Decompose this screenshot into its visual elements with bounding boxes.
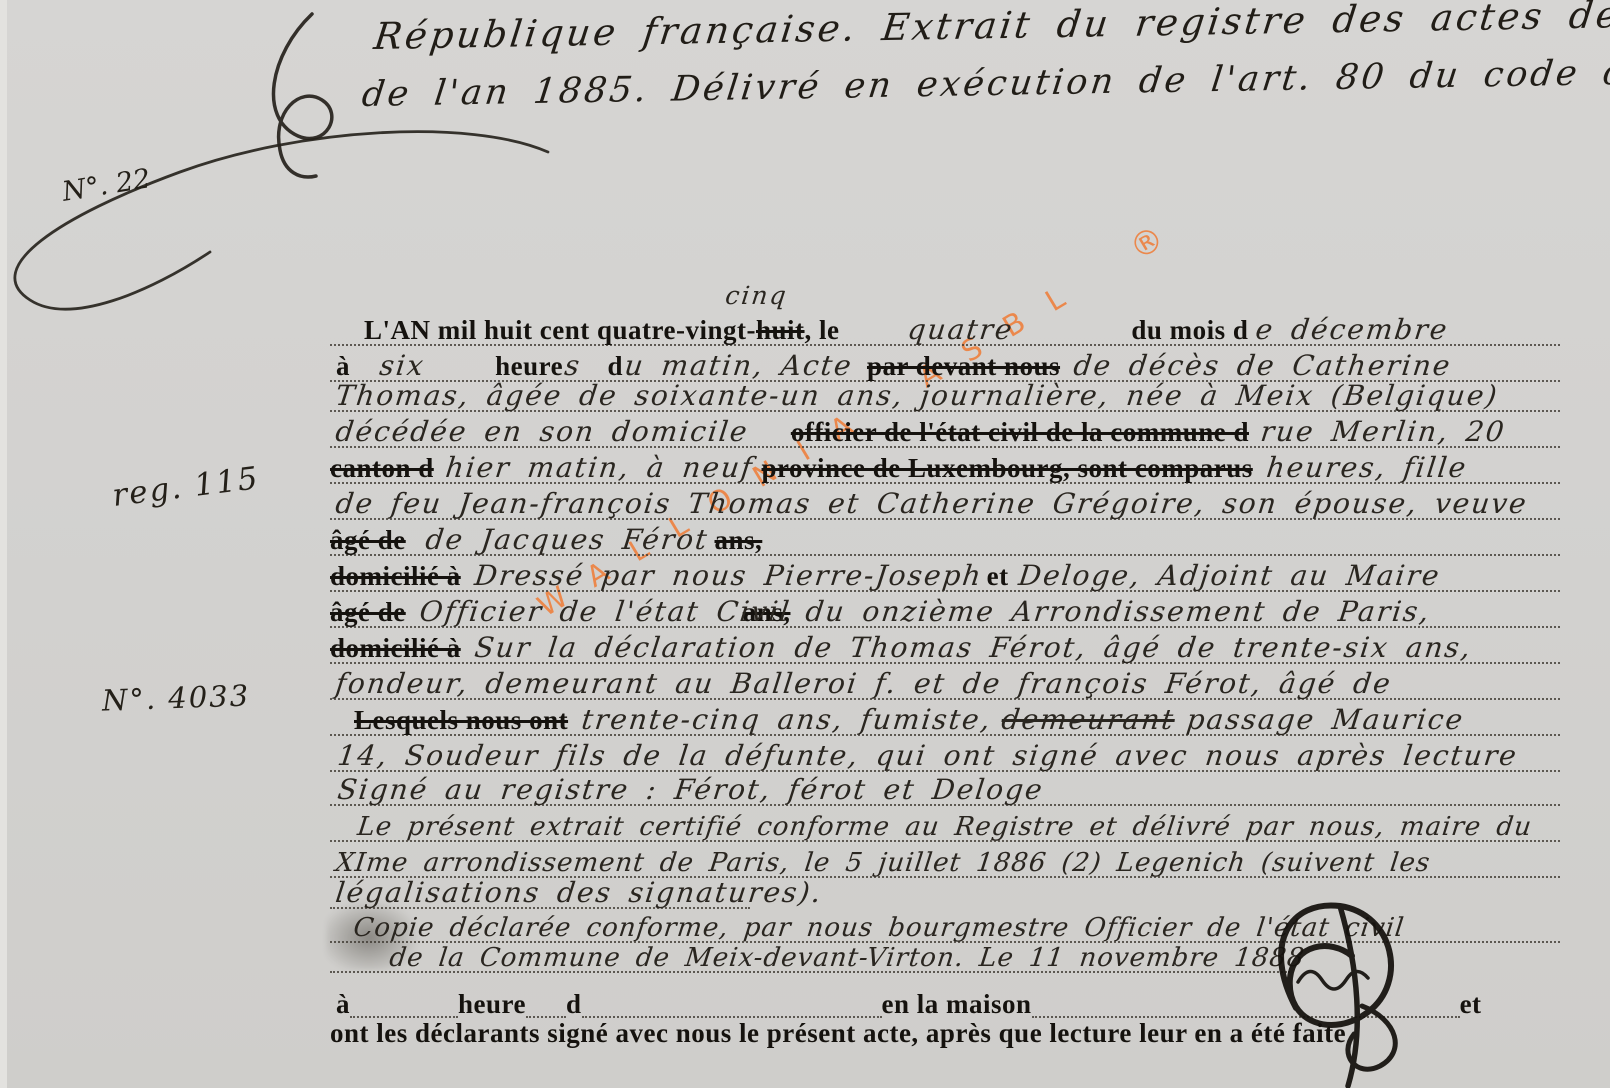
- handwritten-text: Dressé par nous Pierre-Joseph: [473, 562, 984, 590]
- header-line-2: de l'an 1885. Délivré en exécution de l'…: [360, 55, 1610, 113]
- handwritten-text: trente-cinq ans, fumiste,: [580, 706, 993, 734]
- handwritten-text: de Jacques Férot: [424, 526, 710, 554]
- printed-text-struck: huit: [756, 317, 805, 344]
- printed-text: ont les déclarants signé avec nous le pr…: [330, 1020, 1346, 1047]
- handwritten-text: rue Merlin, 20: [1259, 418, 1507, 446]
- handwritten-text: passage Maurice: [1185, 706, 1466, 734]
- form-row: domicilié à Sur la déclaration de Thomas…: [330, 626, 1560, 664]
- scanned-death-record: République française. Extrait du registr…: [0, 0, 1610, 1088]
- handwritten-text: Sur la déclaration de Thomas Férot, âgé …: [473, 634, 1474, 662]
- margin-flourish: [15, 132, 548, 309]
- form-row: 14, Soudeur fils de la défunte, qui ont …: [330, 734, 1560, 772]
- printed-text-struck: Lesquels nous ont: [354, 707, 568, 734]
- form-row: canton d hier matin, à neuf province de …: [330, 446, 1560, 484]
- form-row: légalisations des signatures).: [330, 871, 750, 909]
- printed-text: et: [987, 563, 1009, 590]
- printed-text-struck: officier de l'état civil de la commune d: [791, 419, 1249, 446]
- handwritten-text: quatre: [906, 316, 1015, 344]
- printed-text-struck: domicilié à: [330, 563, 461, 590]
- year-correction-annotation: cinq: [724, 283, 789, 308]
- printed-text-struck: ans,: [715, 527, 763, 554]
- form-row: Thomas, âgée de soixante-un ans, journal…: [330, 374, 1560, 412]
- form-row: ont les déclarants signé avec nous le pr…: [330, 1011, 1560, 1047]
- printed-text-struck: canton d: [330, 455, 434, 482]
- handwritten-text: 14, Soudeur fils de la défunte, qui ont …: [336, 742, 1520, 770]
- handwritten-text: Thomas, âgée de soixante-un ans, journal…: [334, 382, 1500, 410]
- handwritten-text: de feu Jean-françois Thomas et Catherine…: [334, 490, 1529, 518]
- form-row: âgé de Officier de l'état Civil ans, du …: [330, 590, 1560, 628]
- header-line-1: République française. Extrait du registr…: [372, 0, 1610, 55]
- margin-copy-number: N°. 4033: [102, 681, 251, 715]
- form-row: Lesquels nous ont trente-cinq ans, fumis…: [330, 698, 1560, 736]
- scan-edge: [0, 0, 7, 1088]
- printed-text: , le: [805, 317, 840, 344]
- printed-text-struck: âgé de: [330, 599, 406, 626]
- form-row: âgé de de Jacques Férot ans,: [330, 518, 1560, 556]
- form-row: domicilié à Dressé par nous Pierre-Josep…: [330, 554, 1560, 592]
- handwritten-text: e décembre: [1254, 316, 1450, 344]
- form-row: Signé au registre : Férot, férot et Delo…: [330, 768, 1560, 806]
- registered-mark-icon: ®: [1122, 217, 1170, 267]
- form-row: décédée en son domicile officier de l'ét…: [330, 410, 1560, 448]
- header-swash: [273, 14, 331, 177]
- handwritten-text: du onzième Arrondissement de Paris,: [804, 598, 1432, 626]
- printed-text-struck: province de Luxembourg, sont comparus: [762, 455, 1253, 482]
- form-row: Le présent extrait certifié conforme au …: [330, 804, 1560, 842]
- printed-text: du mois d: [1131, 317, 1248, 344]
- handwritten-text: hier matin, à neuf: [444, 454, 755, 482]
- form-row: de feu Jean-françois Thomas et Catherine…: [330, 482, 1560, 520]
- printed-text: L'AN mil huit cent quatre-vingt-: [364, 317, 756, 344]
- handwritten-text: Le présent extrait certifié conforme au …: [356, 814, 1534, 840]
- handwritten-text: heures, fille: [1265, 454, 1469, 482]
- form-row: L'AN mil huit cent quatre-vingt- huit , …: [330, 308, 1560, 346]
- form-row: de la Commune de Meix-devant-Virton. Le …: [330, 935, 1290, 973]
- printed-text-struck: domicilié à: [330, 635, 461, 662]
- handwritten-text: légalisations des signatures).: [334, 879, 824, 907]
- handwritten-text-struck: demeurant: [1000, 706, 1176, 734]
- margin-register-note: reg. 115: [111, 463, 262, 512]
- printed-text-struck: âgé de: [330, 527, 406, 554]
- handwritten-text: de la Commune de Meix-devant-Virton. Le …: [388, 945, 1306, 971]
- form-row: fondeur, demeurant au Balleroi f. et de …: [330, 662, 1560, 700]
- handwritten-text: Deloge, Adjoint au Maire: [1017, 562, 1442, 590]
- handwritten-text: Signé au registre : Férot, férot et Delo…: [336, 776, 1045, 804]
- handwritten-text: décédée en son domicile: [334, 418, 750, 446]
- handwritten-text: fondeur, demeurant au Balleroi f. et de …: [334, 670, 1394, 698]
- handwritten-text: Officier de l'état Civil: [418, 598, 792, 626]
- margin-act-number: N°. 22: [60, 165, 152, 206]
